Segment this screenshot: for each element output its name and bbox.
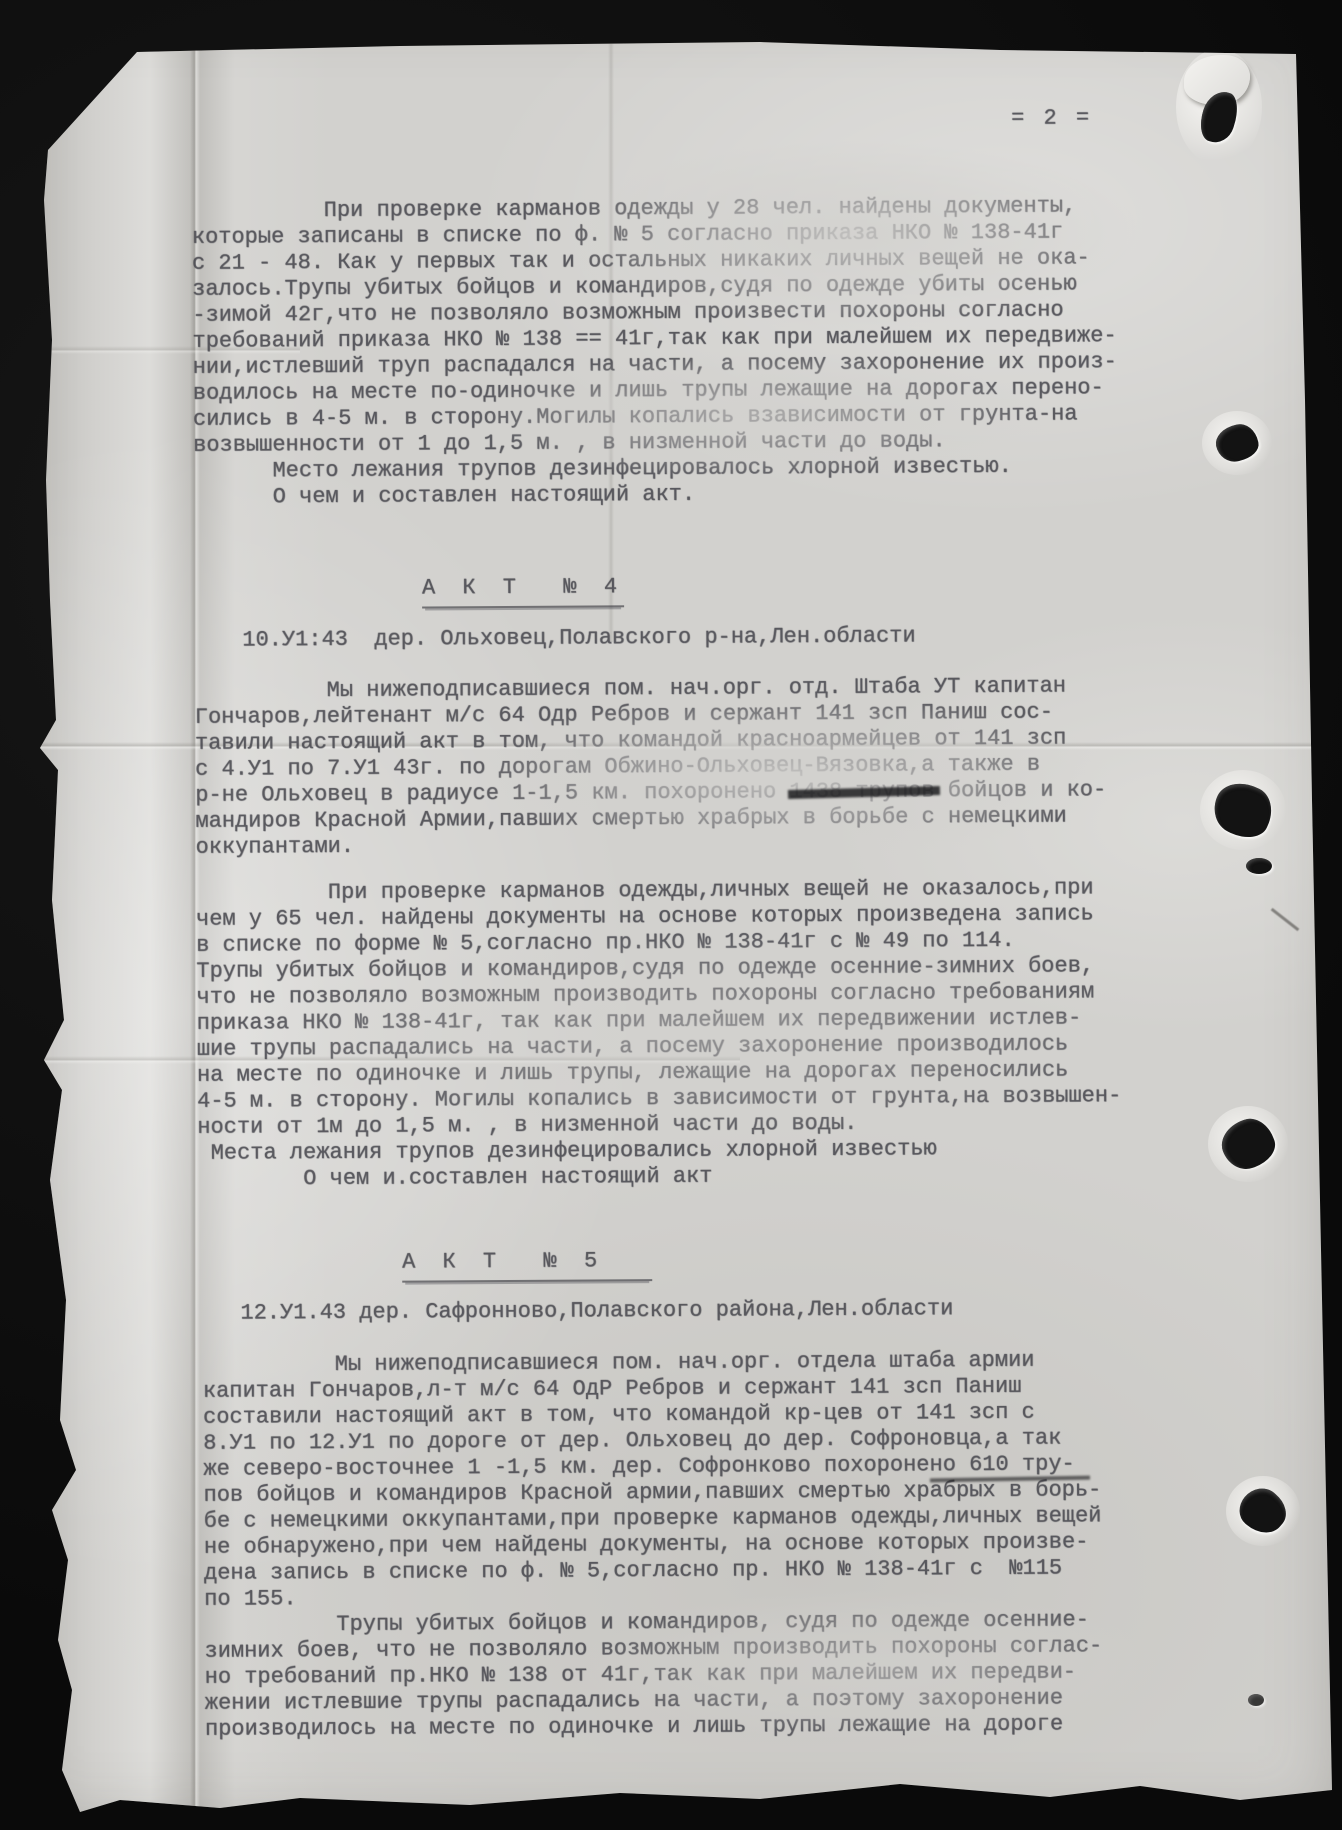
punch-hole (1240, 1490, 1286, 1532)
punch-hole (1214, 784, 1272, 836)
act4-heading: А К Т № 4 (422, 574, 624, 608)
page-number: = 2 = (1011, 105, 1092, 131)
act5-dateline: 12.У1.43 дер. Сафронново,Полавского райо… (240, 1296, 953, 1326)
act5-heading: А К Т № 5 (402, 1248, 652, 1283)
intro-paragraph: При проверке карманов одежды у 28 чел. н… (192, 193, 1118, 511)
text-line: производилось на месте по одиночке и лиш… (205, 1711, 1103, 1742)
text-line: О чем и составлен настоящий акт. (193, 479, 1117, 511)
scan-background: = 2 = При проверке карманов одежды у 28 … (0, 0, 1342, 1830)
act4-dateline: 10.У1:43 дер. Ольховец,Полавского р-на,Л… (242, 624, 915, 654)
text-line: оккупантами. (196, 829, 1107, 861)
text-line: дена запись в списке по ф. № 5,согласно … (204, 1555, 1102, 1586)
document-page: = 2 = При проверке карманов одежды у 28 … (0, 0, 1342, 1830)
punch-hole-small (1246, 858, 1272, 874)
act4-paragraph-2: При проверке карманов одежды,личных веще… (196, 875, 1122, 1193)
act4-paragraph-1: Мы нижеподписавшиеся пом. нач.орг. отд. … (195, 673, 1107, 861)
punch-hole-small (1248, 1694, 1264, 1706)
act5-paragraph-2: Трупы убитых бойцов и командиров, судя п… (204, 1607, 1103, 1742)
punch-hole (1222, 1120, 1274, 1168)
punch-hole-tear-top (1190, 63, 1248, 151)
text-line: мандиров Красной Армии,павших смертью хр… (195, 803, 1106, 835)
punch-hole (1216, 425, 1258, 461)
text-line: О чем и.составлен настоящий акт (198, 1161, 1122, 1193)
typewritten-text-layer: = 2 = При проверке карманов одежды у 28 … (0, 0, 1342, 1830)
